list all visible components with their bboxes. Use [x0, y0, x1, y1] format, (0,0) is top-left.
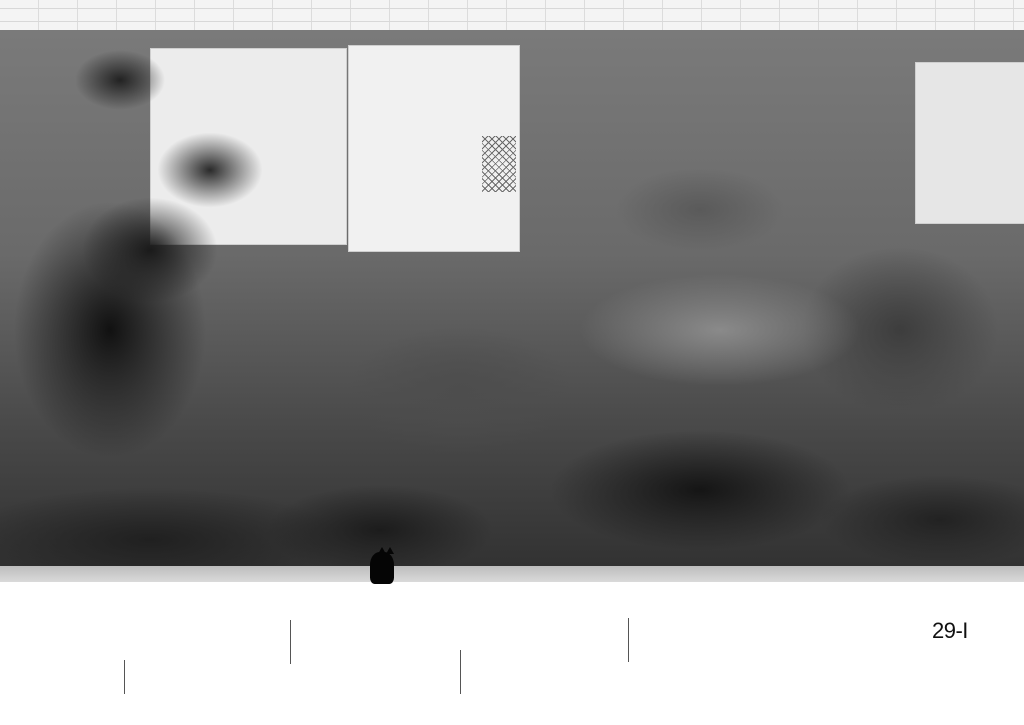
wall-joint: [460, 650, 461, 694]
decorative-tile-fragment: [482, 136, 516, 192]
vegetation: [0, 380, 1024, 590]
wall-joint: [124, 660, 125, 694]
foreground-wall: [0, 582, 1024, 725]
photo-label: 29-I: [932, 618, 968, 644]
archival-photograph: 29-I: [0, 0, 1024, 725]
wall-joint: [628, 618, 629, 662]
wall-joint: [290, 620, 291, 664]
black-cat: [370, 552, 394, 584]
plaster-panel-right: [915, 62, 1024, 224]
